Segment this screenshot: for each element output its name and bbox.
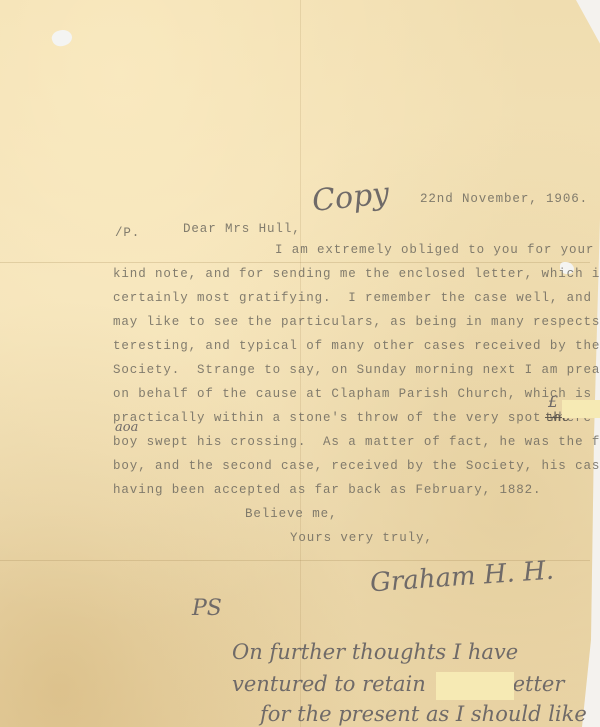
body-line: may like to see the particulars, as bein…: [113, 315, 600, 329]
margin-insertion: aoa: [115, 420, 138, 435]
letter-reference: /P.: [115, 226, 140, 240]
body-line: Society. Strange to say, on Sunday morni…: [113, 363, 600, 377]
redaction-patch: [436, 672, 514, 700]
postscript-line: On further thoughts I have: [232, 640, 518, 664]
body-line: practically within a stone's throw of th…: [113, 411, 592, 425]
body-line: teresting, and typical of many other cas…: [113, 339, 600, 353]
insertion-mark: £: [548, 392, 558, 411]
body-line: on behalf of the cause at Clapham Parish…: [113, 387, 592, 401]
closing-line: Believe me,: [245, 507, 337, 521]
redaction-patch: [562, 400, 600, 418]
fold-crease: [0, 262, 590, 263]
closing-line: Yours very truly,: [290, 531, 433, 545]
body-line: kind note, and for sending me the enclos…: [113, 267, 600, 281]
body-line: boy swept his crossing. As a matter of f…: [113, 435, 600, 449]
postscript-label: PS: [192, 596, 222, 621]
body-line: having been accepted as far back as Febr…: [113, 483, 541, 497]
body-line: boy, and the second case, received by th…: [113, 459, 600, 473]
body-line: I am extremely obliged to you for your: [275, 243, 594, 257]
body-line: certainly most gratifying. I remember th…: [113, 291, 600, 305]
postscript-line: for the present as I should like: [260, 702, 587, 726]
postscript-line: ventured to retain letter: [232, 672, 564, 696]
letter-salutation: Dear Mrs Hull,: [183, 222, 301, 236]
letter-date: 22nd November, 1906.: [420, 192, 588, 206]
